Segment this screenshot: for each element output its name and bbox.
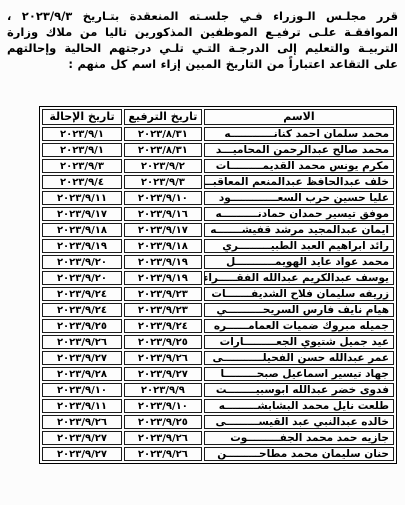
cell-promotion-date: ٢٠٢٣/٩/١٨ [124, 239, 202, 253]
cell-referral-date: ٢٠٢٣/٩/٢٧ [42, 431, 122, 445]
cell-promotion-date: ٢٠٢٣/٩/٢٧ [124, 367, 202, 381]
cell-referral-date: ٢٠٢٣/٩/٢٧ [42, 447, 122, 461]
cell-name: عمر عبدالله حسن الفحيلـــــــــــى [204, 351, 394, 365]
cell-referral-date: ٢٠٢٣/٩/١٨ [42, 223, 122, 237]
cell-name: ايمان عبدالمجيد مرشد قفيشـــــــه [204, 223, 394, 237]
cell-promotion-date: ٢٠٢٣/٩/٢ [124, 159, 202, 173]
table-row: عليا حسين حرب السعـــــــــــــود٢٠٢٣/٩/… [42, 191, 394, 205]
table-row: رائد ابراهيم العبد الطبيـــــــــري٢٠٢٣/… [42, 239, 394, 253]
cell-referral-date: ٢٠٢٣/٩/٢٤ [42, 303, 122, 317]
cell-referral-date: ٢٠٢٣/٩/٢٠ [42, 271, 122, 285]
cell-name: خالده عبدالنبي عبد القيســـــــــى [204, 415, 394, 429]
table-row: محمد سلمان احمد كنانــــــــــــه٢٠٢٣/٨/… [42, 127, 394, 141]
cell-promotion-date: ٢٠٢٣/٩/١٠ [124, 191, 202, 205]
cell-referral-date: ٢٠٢٣/٩/٢٨ [42, 367, 122, 381]
table-row: حنان سليمان محمد مطاحـــــــــن٢٠٢٣/٩/٢٦… [42, 447, 394, 461]
promotions-table: الاسم تاريخ الترفيع تاريخ الإحالة محمد س… [39, 106, 397, 464]
cell-name: مكرم يونس محمد القديمـــــــــات [204, 159, 394, 173]
column-header-name: الاسم [204, 109, 394, 125]
cell-referral-date: ٢٠٢٣/٩/١٧ [42, 207, 122, 221]
cell-referral-date: ٢٠٢٣/٩/٤ [42, 175, 122, 189]
cell-name: حنان سليمان محمد مطاحـــــــــن [204, 447, 394, 461]
table-row: ايمان عبدالمجيد مرشد قفيشـــــــه٢٠٢٣/٩/… [42, 223, 394, 237]
cell-promotion-date: ٢٠٢٣/٩/١٦ [124, 207, 202, 221]
table-header-row: الاسم تاريخ الترفيع تاريخ الإحالة [42, 109, 394, 125]
cell-name: جميله مبروك ضميات العمامــــــره [204, 319, 394, 333]
cell-name: زريفه سليمان فلاح الشديفـــــــات [204, 287, 394, 301]
table-row: عمر عبدالله حسن الفحيلـــــــــــى٢٠٢٣/٩… [42, 351, 394, 365]
table-row: محمد صالح عبدالرحمن المحاميـــد٢٠٢٣/٨/٣١… [42, 143, 394, 157]
cell-name: محمد عواد عايد الهويمـــــــــــل [204, 255, 394, 269]
cell-name: جهاد تيسير اسماعيل صبحـــــــــا [204, 367, 394, 381]
cell-referral-date: ٢٠٢٣/٩/٢٦ [42, 415, 122, 429]
cell-referral-date: ٢٠٢٣/٩/١ [42, 127, 122, 141]
cell-promotion-date: ٢٠٢٣/٩/١٠ [124, 399, 202, 413]
cell-referral-date: ٢٠٢٣/٩/١٩ [42, 239, 122, 253]
table-row: موفق تيسير حمدان حمادنــــــــــه٢٠٢٣/٩/… [42, 207, 394, 221]
cell-name: عليا حسين حرب السعـــــــــــــود [204, 191, 394, 205]
cell-promotion-date: ٢٠٢٣/٩/٢٤ [124, 319, 202, 333]
table-row: فدوى خضر عبدالله ابوسبيــــــــت٢٠٢٣/٩/٩… [42, 383, 394, 397]
cell-name: محمد سلمان احمد كنانــــــــــــه [204, 127, 394, 141]
intro-paragraph: قرر مجلـس الـوزراء فـي جلسـته المنعقدة ب… [7, 8, 398, 72]
cell-promotion-date: ٢٠٢٣/٩/١٩ [124, 255, 202, 269]
cell-name: طلعت نايل محمد البشابشـــــــــه [204, 399, 394, 413]
table-row: طلعت نايل محمد البشابشـــــــــه٢٠٢٣/٩/١… [42, 399, 394, 413]
table-row: خلف عبدالحافظ عبدالمنعم المعاقبــه٢٠٢٣/٩… [42, 175, 394, 189]
cell-name: هيام نايف فارس السريحــــــــــي [204, 303, 394, 317]
cell-promotion-date: ٢٠٢٣/٩/٢٦ [124, 431, 202, 445]
cell-promotion-date: ٢٠٢٣/٩/٢٣ [124, 287, 202, 301]
cell-promotion-date: ٢٠٢٣/٩/١٩ [124, 271, 202, 285]
cell-promotion-date: ٢٠٢٣/٩/٢٦ [124, 351, 202, 365]
cell-promotion-date: ٢٠٢٣/٩/٢٣ [124, 303, 202, 317]
cell-promotion-date: ٢٠٢٣/٨/٣١ [124, 143, 202, 157]
table-row: جهاد تيسير اسماعيل صبحـــــــــا٢٠٢٣/٩/٢… [42, 367, 394, 381]
table-row: هيام نايف فارس السريحــــــــــي٢٠٢٣/٩/٢… [42, 303, 394, 317]
table-row: يوسف عبدالكريم عبدالله الفقـــــراء٢٠٢٣/… [42, 271, 394, 285]
cell-name: عيد جميل شتيوي الجعـــــــــارات [204, 335, 394, 349]
cell-promotion-date: ٢٠٢٣/٩/١٧ [124, 223, 202, 237]
table-row: جميله مبروك ضميات العمامــــــره٢٠٢٣/٩/٢… [42, 319, 394, 333]
cell-name: رائد ابراهيم العبد الطبيـــــــــري [204, 239, 394, 253]
cell-referral-date: ٢٠٢٣/٩/٢٠ [42, 255, 122, 269]
cell-promotion-date: ٢٠٢٣/٨/٣١ [124, 127, 202, 141]
table-row: مكرم يونس محمد القديمـــــــــات٢٠٢٣/٩/٢… [42, 159, 394, 173]
table-row: خالده عبدالنبي عبد القيســـــــــى٢٠٢٣/٩… [42, 415, 394, 429]
cell-promotion-date: ٢٠٢٣/٩/٣ [124, 175, 202, 189]
table-row: محمد عواد عايد الهويمـــــــــــل٢٠٢٣/٩/… [42, 255, 394, 269]
cell-referral-date: ٢٠٢٣/٩/٣ [42, 159, 122, 173]
cell-referral-date: ٢٠٢٣/٩/١ [42, 143, 122, 157]
cell-name: فدوى خضر عبدالله ابوسبيــــــــت [204, 383, 394, 397]
column-header-referral-date: تاريخ الإحالة [42, 109, 122, 125]
document-page: قرر مجلـس الـوزراء فـي جلسـته المنعقدة ب… [0, 0, 405, 505]
cell-name: موفق تيسير حمدان حمادنــــــــــه [204, 207, 394, 221]
cell-referral-date: ٢٠٢٣/٩/٢٥ [42, 319, 122, 333]
cell-referral-date: ٢٠٢٣/٩/٢٧ [42, 351, 122, 365]
column-header-promotion-date: تاريخ الترفيع [124, 109, 202, 125]
cell-name: جازيه حمد محمد الجفـــــــــوت [204, 431, 394, 445]
cell-referral-date: ٢٠٢٣/٩/١١ [42, 191, 122, 205]
cell-promotion-date: ٢٠٢٣/٩/٩ [124, 383, 202, 397]
cell-promotion-date: ٢٠٢٣/٩/٢٥ [124, 415, 202, 429]
table-row: عيد جميل شتيوي الجعـــــــــارات٢٠٢٣/٩/٢… [42, 335, 394, 349]
cell-name: محمد صالح عبدالرحمن المحاميـــد [204, 143, 394, 157]
cell-referral-date: ٢٠٢٣/٩/١١ [42, 399, 122, 413]
cell-name: خلف عبدالحافظ عبدالمنعم المعاقبــه [204, 175, 394, 189]
cell-referral-date: ٢٠٢٣/٩/١٠ [42, 383, 122, 397]
table-row: زريفه سليمان فلاح الشديفـــــــات٢٠٢٣/٩/… [42, 287, 394, 301]
cell-referral-date: ٢٠٢٣/٩/٢٦ [42, 335, 122, 349]
table-body: محمد سلمان احمد كنانــــــــــــه٢٠٢٣/٨/… [42, 127, 394, 461]
cell-promotion-date: ٢٠٢٣/٩/٢٦ [124, 447, 202, 461]
table-row: جازيه حمد محمد الجفـــــــــوت٢٠٢٣/٩/٢٦٢… [42, 431, 394, 445]
cell-name: يوسف عبدالكريم عبدالله الفقـــــراء [204, 271, 394, 285]
cell-referral-date: ٢٠٢٣/٩/٢٤ [42, 287, 122, 301]
cell-promotion-date: ٢٠٢٣/٩/٢٥ [124, 335, 202, 349]
